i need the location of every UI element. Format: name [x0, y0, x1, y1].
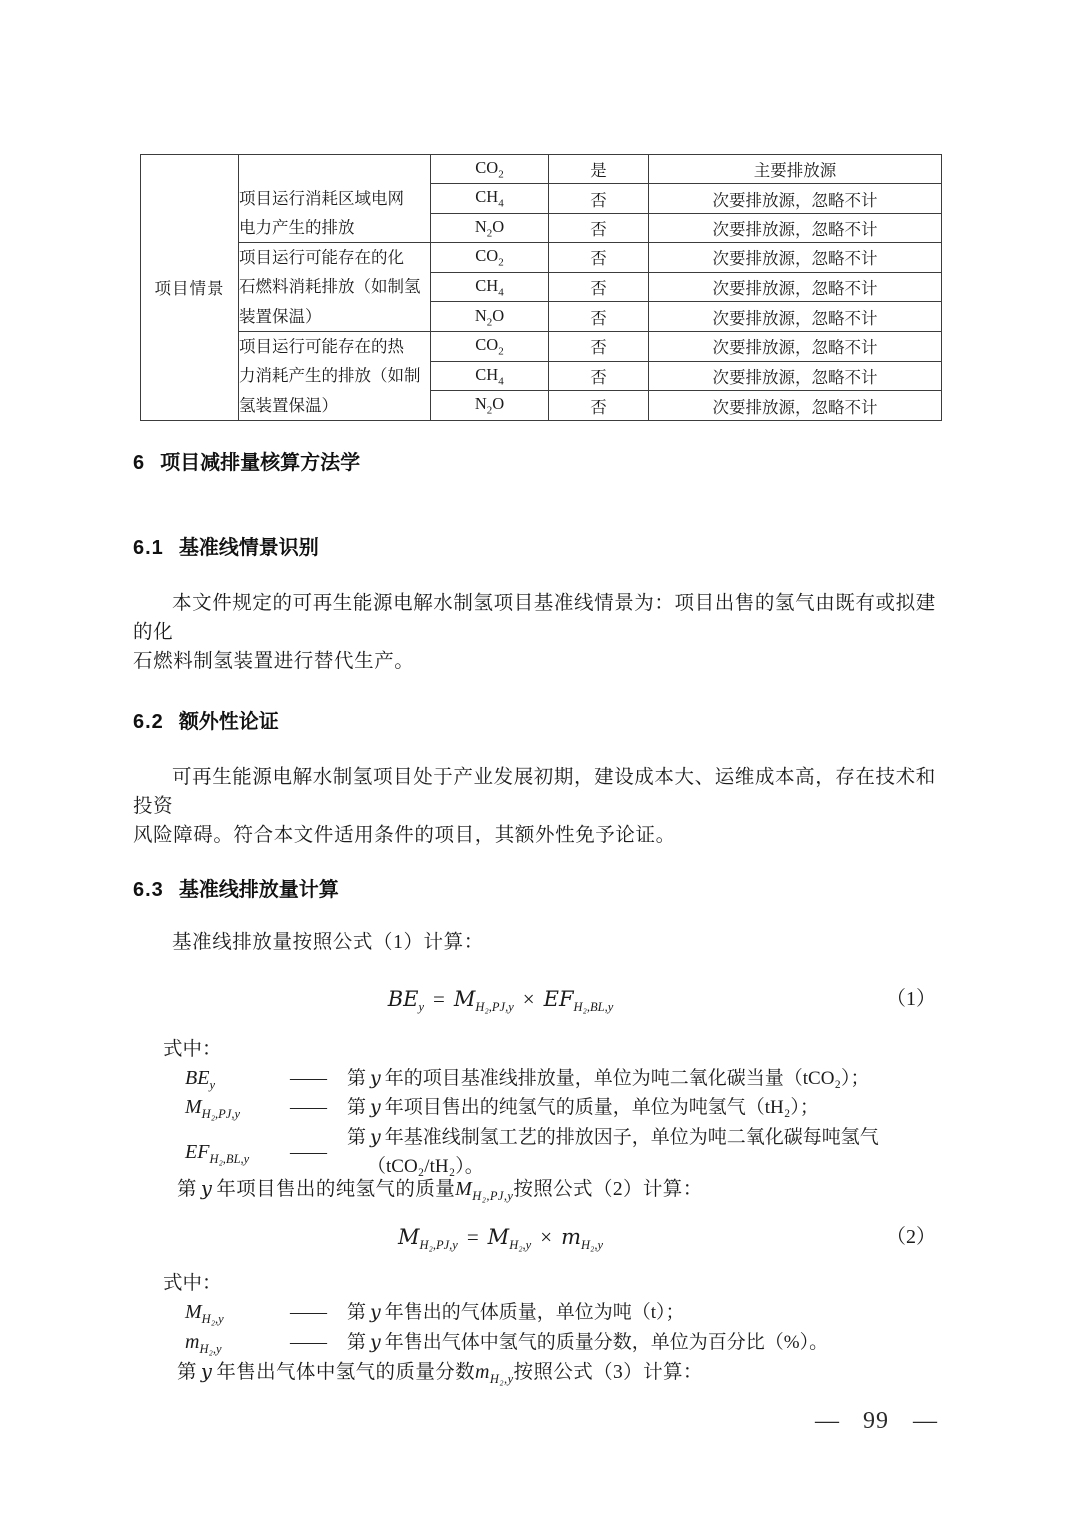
- emission-sources-table: 项目情景 项目运行消耗区域电网 电力产生的排放 CO2 是 主要排放源 CH4 …: [140, 154, 942, 421]
- included-cell: 否: [549, 243, 649, 273]
- inline-symbol: MH₂,PJ,y: [455, 1178, 513, 1200]
- included-cell: 否: [549, 302, 649, 332]
- where-label: 式中：: [133, 1035, 944, 1064]
- source-line: 项目运行可能存在的热: [239, 332, 430, 361]
- inline-symbol: mH₂,y: [475, 1361, 514, 1383]
- source-line: 电力产生的排放: [239, 213, 430, 242]
- source-group-cell-2: 项目运行可能存在的化 石燃料消耗排放（如制氢 装置保温）: [239, 243, 431, 332]
- gas-cell: CO2: [431, 243, 549, 273]
- gas-cell: CH4: [431, 272, 549, 302]
- source-line: 项目运行消耗区域电网: [239, 184, 430, 213]
- page-number: 99: [863, 1408, 889, 1435]
- paragraph-line: 基准线排放量按照公式（1）计算：: [133, 928, 944, 957]
- note-cell: 次要排放源，忽略不计: [649, 302, 942, 332]
- definition-dash: ——: [290, 1093, 347, 1123]
- paragraph-6-2: 可再生能源电解水制氢项目处于产业发展初期，建设成本大、运维成本高，存在技术和投资…: [133, 763, 944, 850]
- symbol: EFH₂,BL,y: [185, 1138, 290, 1168]
- section-heading-6-2: 6.2 额外性论证: [133, 708, 944, 736]
- symbol: MH₂,y: [185, 1298, 290, 1328]
- table-row: 项目运行可能存在的化 石燃料消耗排放（如制氢 装置保温） CO2 否 次要排放源…: [141, 243, 942, 273]
- page-footer: — 99 —: [815, 1408, 937, 1435]
- heading-number: 6.2: [133, 708, 164, 736]
- note-cell: 次要排放源，忽略不计: [649, 213, 942, 242]
- symbol: BEy: [185, 1064, 290, 1094]
- note-cell: 次要排放源，忽略不计: [649, 361, 942, 391]
- note-cell: 次要排放源，忽略不计: [649, 272, 942, 302]
- included-cell: 否: [549, 184, 649, 213]
- gas-cell: N2O: [431, 302, 549, 332]
- paragraph-line: 石燃料制氢装置进行替代生产。: [133, 647, 944, 676]
- definition-dash: ——: [290, 1064, 347, 1094]
- equation-2: MH₂,PJ,y=MH₂,y×mH₂,y: [398, 1215, 603, 1259]
- source-line: 氢装置保温）: [239, 391, 430, 420]
- multiply-sign: ×: [523, 987, 535, 1011]
- formula-1-intro: 基准线排放量按照公式（1）计算：: [133, 928, 944, 957]
- table-row: 项目情景 项目运行消耗区域电网 电力产生的排放 CO2 是 主要排放源: [141, 155, 942, 184]
- definition-row: MH₂,PJ,y —— 第y年项目售出的纯氢气的质量，单位为吨氢气（tH₂）；: [133, 1093, 944, 1123]
- included-cell: 否: [549, 213, 649, 242]
- page-content: 项目情景 项目运行消耗区域电网 电力产生的排放 CO2 是 主要排放源 CH4 …: [0, 0, 944, 1388]
- definition-dash: ——: [290, 1138, 347, 1168]
- equation-number: （2）: [886, 1215, 936, 1259]
- included-cell: 是: [549, 155, 649, 184]
- symbol: mH₂,y: [185, 1328, 290, 1358]
- included-cell: 否: [549, 361, 649, 391]
- source-group-cell-1: 项目运行消耗区域电网 电力产生的排放: [239, 155, 431, 243]
- included-cell: 否: [549, 332, 649, 362]
- paragraph-6-1: 本文件规定的可再生能源电解水制氢项目基准线情景为：项目出售的氢气由既有或拟建的化…: [133, 589, 944, 676]
- source-line: 石燃料消耗排放（如制氢: [239, 272, 430, 301]
- definition-dash: ——: [290, 1328, 347, 1358]
- source-line: 项目运行可能存在的化: [239, 243, 430, 272]
- scenario-cell: 项目情景: [141, 155, 239, 421]
- footer-dash-left: —: [815, 1408, 839, 1435]
- note-cell: 主要排放源: [649, 155, 942, 184]
- section-heading-6-3: 6.3 基准线排放量计算: [133, 876, 944, 904]
- definition-row: BEy —— 第y年的项目基准线排放量，单位为吨二氧化碳当量（tCO₂）；: [133, 1064, 944, 1094]
- where-label: 式中：: [133, 1269, 944, 1298]
- heading-number: 6.3: [133, 876, 164, 904]
- gas-cell: CO2: [431, 332, 549, 362]
- gas-cell: N2O: [431, 391, 549, 421]
- paragraph-line: 可再生能源电解水制氢项目处于产业发展初期，建设成本大、运维成本高，存在技术和投资: [133, 763, 944, 821]
- multiply-sign: ×: [540, 1225, 552, 1249]
- note-cell: 次要排放源，忽略不计: [649, 243, 942, 273]
- source-line: 力消耗产生的排放（如制: [239, 361, 430, 390]
- heading-number: 6.1: [133, 534, 164, 562]
- paragraph-line: 本文件规定的可再生能源电解水制氢项目基准线情景为：项目出售的氢气由既有或拟建的化: [133, 589, 944, 647]
- heading-title: 基准线排放量计算: [179, 876, 339, 904]
- note-cell: 次要排放源，忽略不计: [649, 391, 942, 421]
- equals-sign: =: [467, 1225, 479, 1249]
- equation-1: BEy=MH₂,PJ,y×EFH₂,BL,y: [388, 977, 614, 1021]
- footer-dash-right: —: [913, 1408, 937, 1435]
- definition-description: 第y年售出的气体质量，单位为吨（t）；: [347, 1298, 944, 1328]
- symbol: MH₂,PJ,y: [185, 1093, 290, 1123]
- heading-title: 项目减排量核算方法学: [160, 449, 360, 477]
- note-cell: 次要排放源，忽略不计: [649, 184, 942, 213]
- source-group-cell-3: 项目运行可能存在的热 力消耗产生的排放（如制 氢装置保温）: [239, 332, 431, 421]
- section-heading-6: 6 项目减排量核算方法学: [133, 449, 944, 477]
- gas-cell: CO2: [431, 155, 549, 184]
- note-cell: 次要排放源，忽略不计: [649, 332, 942, 362]
- table-row: 项目运行可能存在的热 力消耗产生的排放（如制 氢装置保温） CO2 否 次要排放…: [141, 332, 942, 362]
- paragraph-line: 风险障碍。符合本文件适用条件的项目，其额外性免予论证。: [133, 821, 944, 850]
- definition-description: 第y年的项目基准线排放量，单位为吨二氧化碳当量（tCO₂）；: [347, 1064, 944, 1094]
- equals-sign: =: [433, 987, 445, 1011]
- formula-3-intro: 第y年售出气体中氢气的质量分数mH₂,y按照公式（3）计算：: [133, 1357, 944, 1387]
- included-cell: 否: [549, 272, 649, 302]
- heading-number: 6: [133, 449, 145, 477]
- heading-title: 基准线情景识别: [179, 534, 319, 562]
- section-heading-6-1: 6.1 基准线情景识别: [133, 534, 944, 562]
- definition-description: 第y年售出气体中氢气的质量分数，单位为百分比（%）。: [347, 1328, 944, 1358]
- source-line: 装置保温）: [239, 302, 430, 331]
- description-line: 第y年基准线制氢工艺的排放因子，单位为吨二氧化碳每吨氢气: [347, 1127, 879, 1148]
- definition-dash: ——: [290, 1298, 347, 1328]
- definition-description: 第y年项目售出的纯氢气的质量，单位为吨氢气（tH₂）；: [347, 1093, 944, 1123]
- heading-title: 额外性论证: [179, 708, 279, 736]
- equation-number: （1）: [886, 977, 936, 1021]
- formula-2: MH₂,PJ,y=MH₂,y×mH₂,y （2）: [133, 1215, 944, 1259]
- definition-row: mH₂,y —— 第y年售出气体中氢气的质量分数，单位为百分比（%）。: [133, 1328, 944, 1358]
- included-cell: 否: [549, 391, 649, 421]
- definition-row: MH₂,y —— 第y年售出的气体质量，单位为吨（t）；: [133, 1298, 944, 1328]
- gas-cell: CH4: [431, 361, 549, 391]
- formula-1: BEy=MH₂,PJ,y×EFH₂,BL,y （1）: [133, 977, 944, 1021]
- document-page: 项目情景 项目运行消耗区域电网 电力产生的排放 CO2 是 主要排放源 CH4 …: [0, 0, 1080, 1527]
- gas-cell: N2O: [431, 213, 549, 242]
- gas-cell: CH4: [431, 184, 549, 213]
